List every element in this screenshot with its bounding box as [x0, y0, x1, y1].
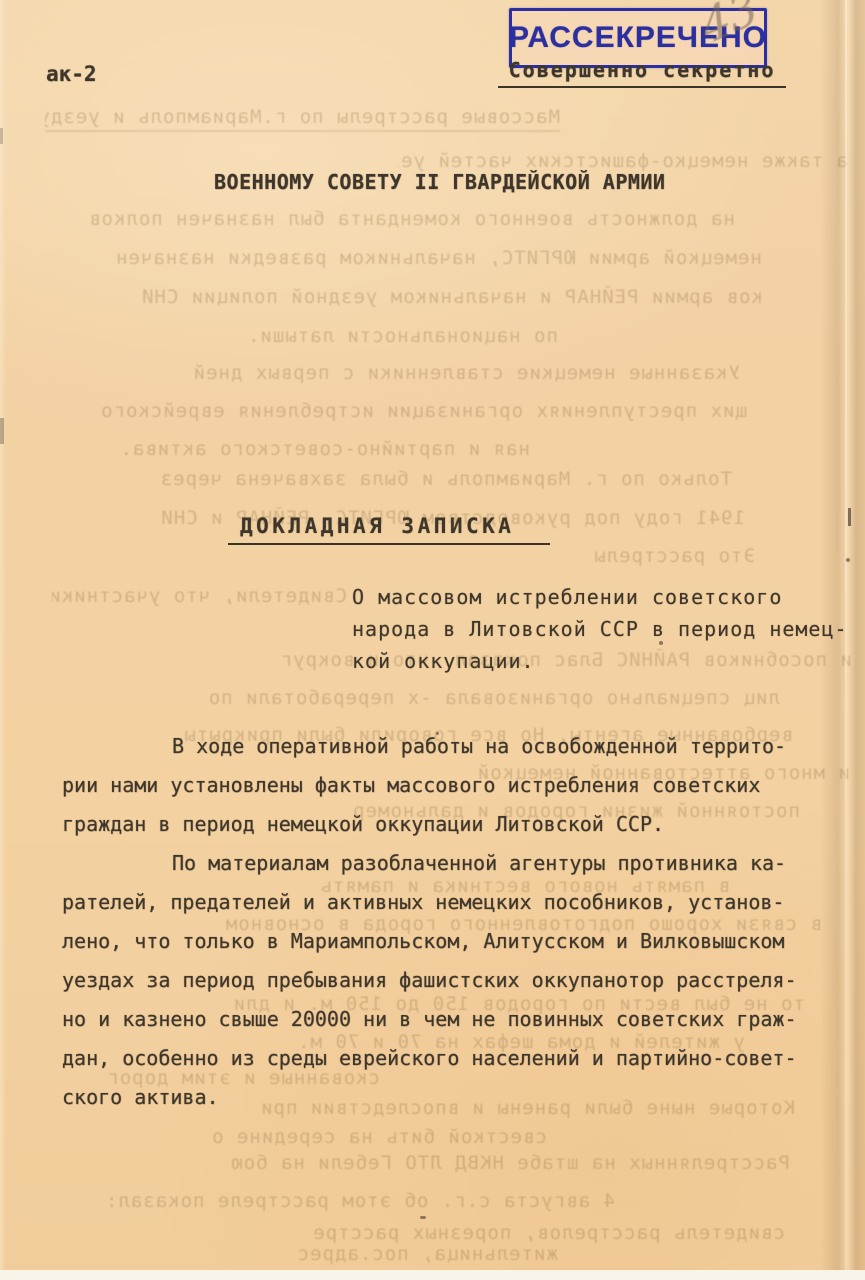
- bleedthrough-line: свидетель расстрелов, порезных расстре: [225, 1222, 785, 1244]
- scan-bottom-margin: [0, 1270, 865, 1280]
- bleedthrough-line: Только по г. Мариамполь и была захвачена…: [92, 468, 732, 490]
- addressee-heading: ВОЕННОМУ СОВЕТУ II ГВАРДЕЙСКОЙ АРМИИ: [214, 170, 665, 194]
- edge-mark: [0, 418, 4, 444]
- subject-line: кой оккупации.: [352, 645, 848, 677]
- body-line: рии нами установлены факты массового ист…: [62, 766, 822, 805]
- body-line: уездах за период пребывания фашистских о…: [62, 961, 822, 1000]
- typist-code-note: ак-2: [46, 62, 97, 86]
- edge-mark: [0, 128, 3, 144]
- bleedthrough-line: ков армии РЕЙНАР и начальником уездной п…: [48, 286, 763, 308]
- body-line: ского актива.: [62, 1078, 822, 1117]
- ink-mark: [848, 508, 851, 526]
- document-page: Массовые расстрелы по г.Мариамполь и уез…: [0, 0, 865, 1280]
- body-line: По материалам разоблаченной агентуры про…: [62, 844, 822, 883]
- ink-speck: [846, 558, 850, 562]
- bleedthrough-line: Расстрелянных на штабе НКВД ЛТО Гебели н…: [170, 1152, 790, 1174]
- document-title-text: ДОКЛАДНАЯ ЗАПИСКА: [240, 514, 514, 538]
- bleedthrough-line: 4 августа с.г. об этом расстреле показал…: [55, 1190, 615, 1212]
- bleedthrough-line: по национальности латыши.: [228, 325, 558, 347]
- body-line: дан, особенно из среды еврейского населе…: [62, 1039, 822, 1078]
- subject-line: О массовом истреблении советского: [352, 581, 848, 613]
- ink-speck: [420, 1216, 426, 1219]
- bleedthrough-line: Это расстрелы: [520, 545, 755, 567]
- bleedthrough-line: Свидетели, что участники: [52, 585, 347, 607]
- bleedthrough-line: свесткой бить на середине отряда.: [212, 1126, 547, 1148]
- document-title: ДОКЛАДНАЯ ЗАПИСКА: [228, 514, 550, 545]
- body-line: В ходе оперативной работы на освобожденн…: [62, 727, 822, 766]
- classification-label: Совершенно секретно: [498, 58, 786, 88]
- body-line: рателей, предателей и активных немецких …: [62, 883, 822, 922]
- bleedthrough-line: лиц специально организовала -х переработ…: [60, 687, 780, 709]
- bleedthrough-line: щих преступлениях организации истреблени…: [42, 400, 747, 422]
- body-line: граждан в период немецкой оккупации Лито…: [62, 805, 822, 844]
- bleedthrough-line: Указанные немецкие ставленники с первых …: [95, 362, 740, 384]
- bleedthrough-line: жительница, пос.адрес: [253, 1243, 558, 1265]
- body-text: В ходе оперативной работы на освобожденн…: [62, 727, 822, 1117]
- bleedthrough-line: немецкой армии ЮРГИТС, начальником разве…: [52, 247, 762, 269]
- bleedthrough-line: на должность военного коменданта был наз…: [75, 208, 735, 230]
- subject-line: народа в Литовской ССР в период немец-: [352, 613, 848, 645]
- bleedthrough-line: Массовые расстрелы по г.Мариамполь и уез…: [45, 106, 560, 132]
- bleedthrough-line: а также немецко-фашистских частей уезда: [398, 150, 848, 172]
- subject-block: О массовом истреблении советского народа…: [352, 581, 848, 677]
- bleedthrough-line: ная и партийно-советского актива.: [55, 438, 530, 460]
- body-line: лено, что только в Мариампольском, Алиту…: [62, 922, 822, 961]
- body-line: но и казнено свыше 20000 ни в чем не пов…: [62, 1000, 822, 1039]
